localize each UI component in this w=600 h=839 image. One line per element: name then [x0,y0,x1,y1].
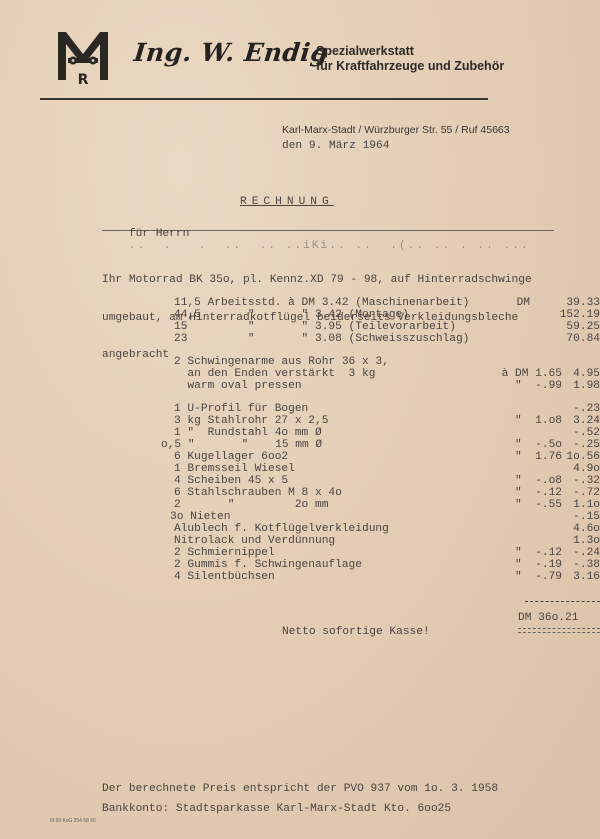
item-amount: 1.1o [540,499,600,511]
sum-rule [525,601,600,602]
item-description: 2 " 2o mm [174,499,328,511]
item-amount: 59.25 [540,321,600,333]
recipient-line: für Herrn .. . . .. .. ..iKi.. .. .(.. .… [102,216,554,231]
item-amount: 4.9o [540,463,600,475]
item-description: 2 Schwingenarme aus Rohr 36 x 3, [174,356,389,368]
invoice-title: RECHNUNG [240,196,334,208]
item-amount: -.72 [540,487,600,499]
item-amount: -.32 [540,475,600,487]
item-amount: -.38 [540,559,600,571]
item-description: 44,5 " " 3.42 (Montage) [174,309,409,321]
item-amount: 1.3o [540,535,600,547]
svg-text:R: R [78,72,89,86]
intro-line: Ihr Motorrad BK 35o, pl. Kennz.XD 79 - 9… [102,274,532,287]
item-amount: 4.95 [540,368,600,380]
payment-terms: Netto sofortige Kasse! [282,626,430,638]
item-description: 1 " Rundstahl 4o mm Ø [174,427,322,439]
item-amount: -.24 [540,547,600,559]
invoice-page: R Ing. W. Endig Spezialwerkstatt für Kra… [0,0,600,839]
item-amount: 3.24 [540,415,600,427]
recipient-label: für Herrn [129,228,189,240]
letterhead-divider [40,98,488,100]
item-description: 2 Gummis f. Schwingenauflage [174,559,362,571]
company-address: Karl-Marx-Stadt / Würzburger Str. 55 / R… [282,124,510,136]
item-description: 1 Bremsseil Wiesel [174,463,295,475]
item-description: o,5 " " 15 mm Ø [161,439,322,451]
tagline-line-1: Spezialwerkstatt [316,44,504,59]
item-description: 6 Kugellager 6oo2 [174,451,288,463]
invoice-total: DM 36o.21 [518,612,578,624]
item-description: 3 kg Stahlrohr 27 x 2,5 [174,415,328,427]
item-description: 15 " " 3.95 (Teilevorarbeit) [174,321,456,333]
item-amount: 152.19 [540,309,600,321]
item-amount: -.23 [540,403,600,415]
company-name: Ing. W. Endig [132,38,330,67]
mtr-logo-icon: R [56,30,110,86]
item-description: Nitrolack und Verdünnung [174,535,335,547]
item-description: 1 U-Profil für Bogen [174,403,308,415]
item-description: 2 Schmiernippel [174,547,275,559]
item-description: 23 " " 3.08 (Schweisszuschlag) [174,333,469,345]
item-amount: 1.98 [540,380,600,392]
item-description: 4 Scheiben 45 x 5 [174,475,288,487]
bank-account: Bankkonto: Stadtsparkasse Karl-Marx-Stad… [102,803,451,815]
invoice-date: den 9. März 1964 [282,140,389,152]
item-amount: -.52 [540,427,600,439]
item-description: 6 Stahlschrauben M 8 x 4o [174,487,342,499]
item-description: Alublech f. Kotflügelverkleidung [174,523,389,535]
item-amount: 1o.56 [540,451,600,463]
item-amount: 3.16 [540,571,600,583]
item-unit-price: DM [460,297,530,309]
print-mark: III 66 KvG 354 58 65 [50,818,96,824]
item-description: an den Enden verstärkt 3 kg [174,368,375,380]
item-amount: -.15 [540,511,600,523]
item-amount: 70.84 [540,333,600,345]
company-tagline: Spezialwerkstatt für Kraftfahrzeuge und … [316,44,504,74]
item-description: 3o Nieten [170,511,230,523]
item-amount: -.25 [540,439,600,451]
item-amount: 39.33 [540,297,600,309]
item-description: 11,5 Arbeitsstd. à DM 3.42 (Maschinenarb… [174,297,469,309]
tagline-line-2: für Kraftfahrzeuge und Zubehör [316,59,504,74]
item-description: 4 Silentbüchsen [174,571,275,583]
total-double-underline [518,628,600,633]
item-amount: 4.6o [540,523,600,535]
item-description: warm oval pressen [174,380,302,392]
price-regulation-note: Der berechnete Preis entspricht der PVO … [102,783,498,795]
